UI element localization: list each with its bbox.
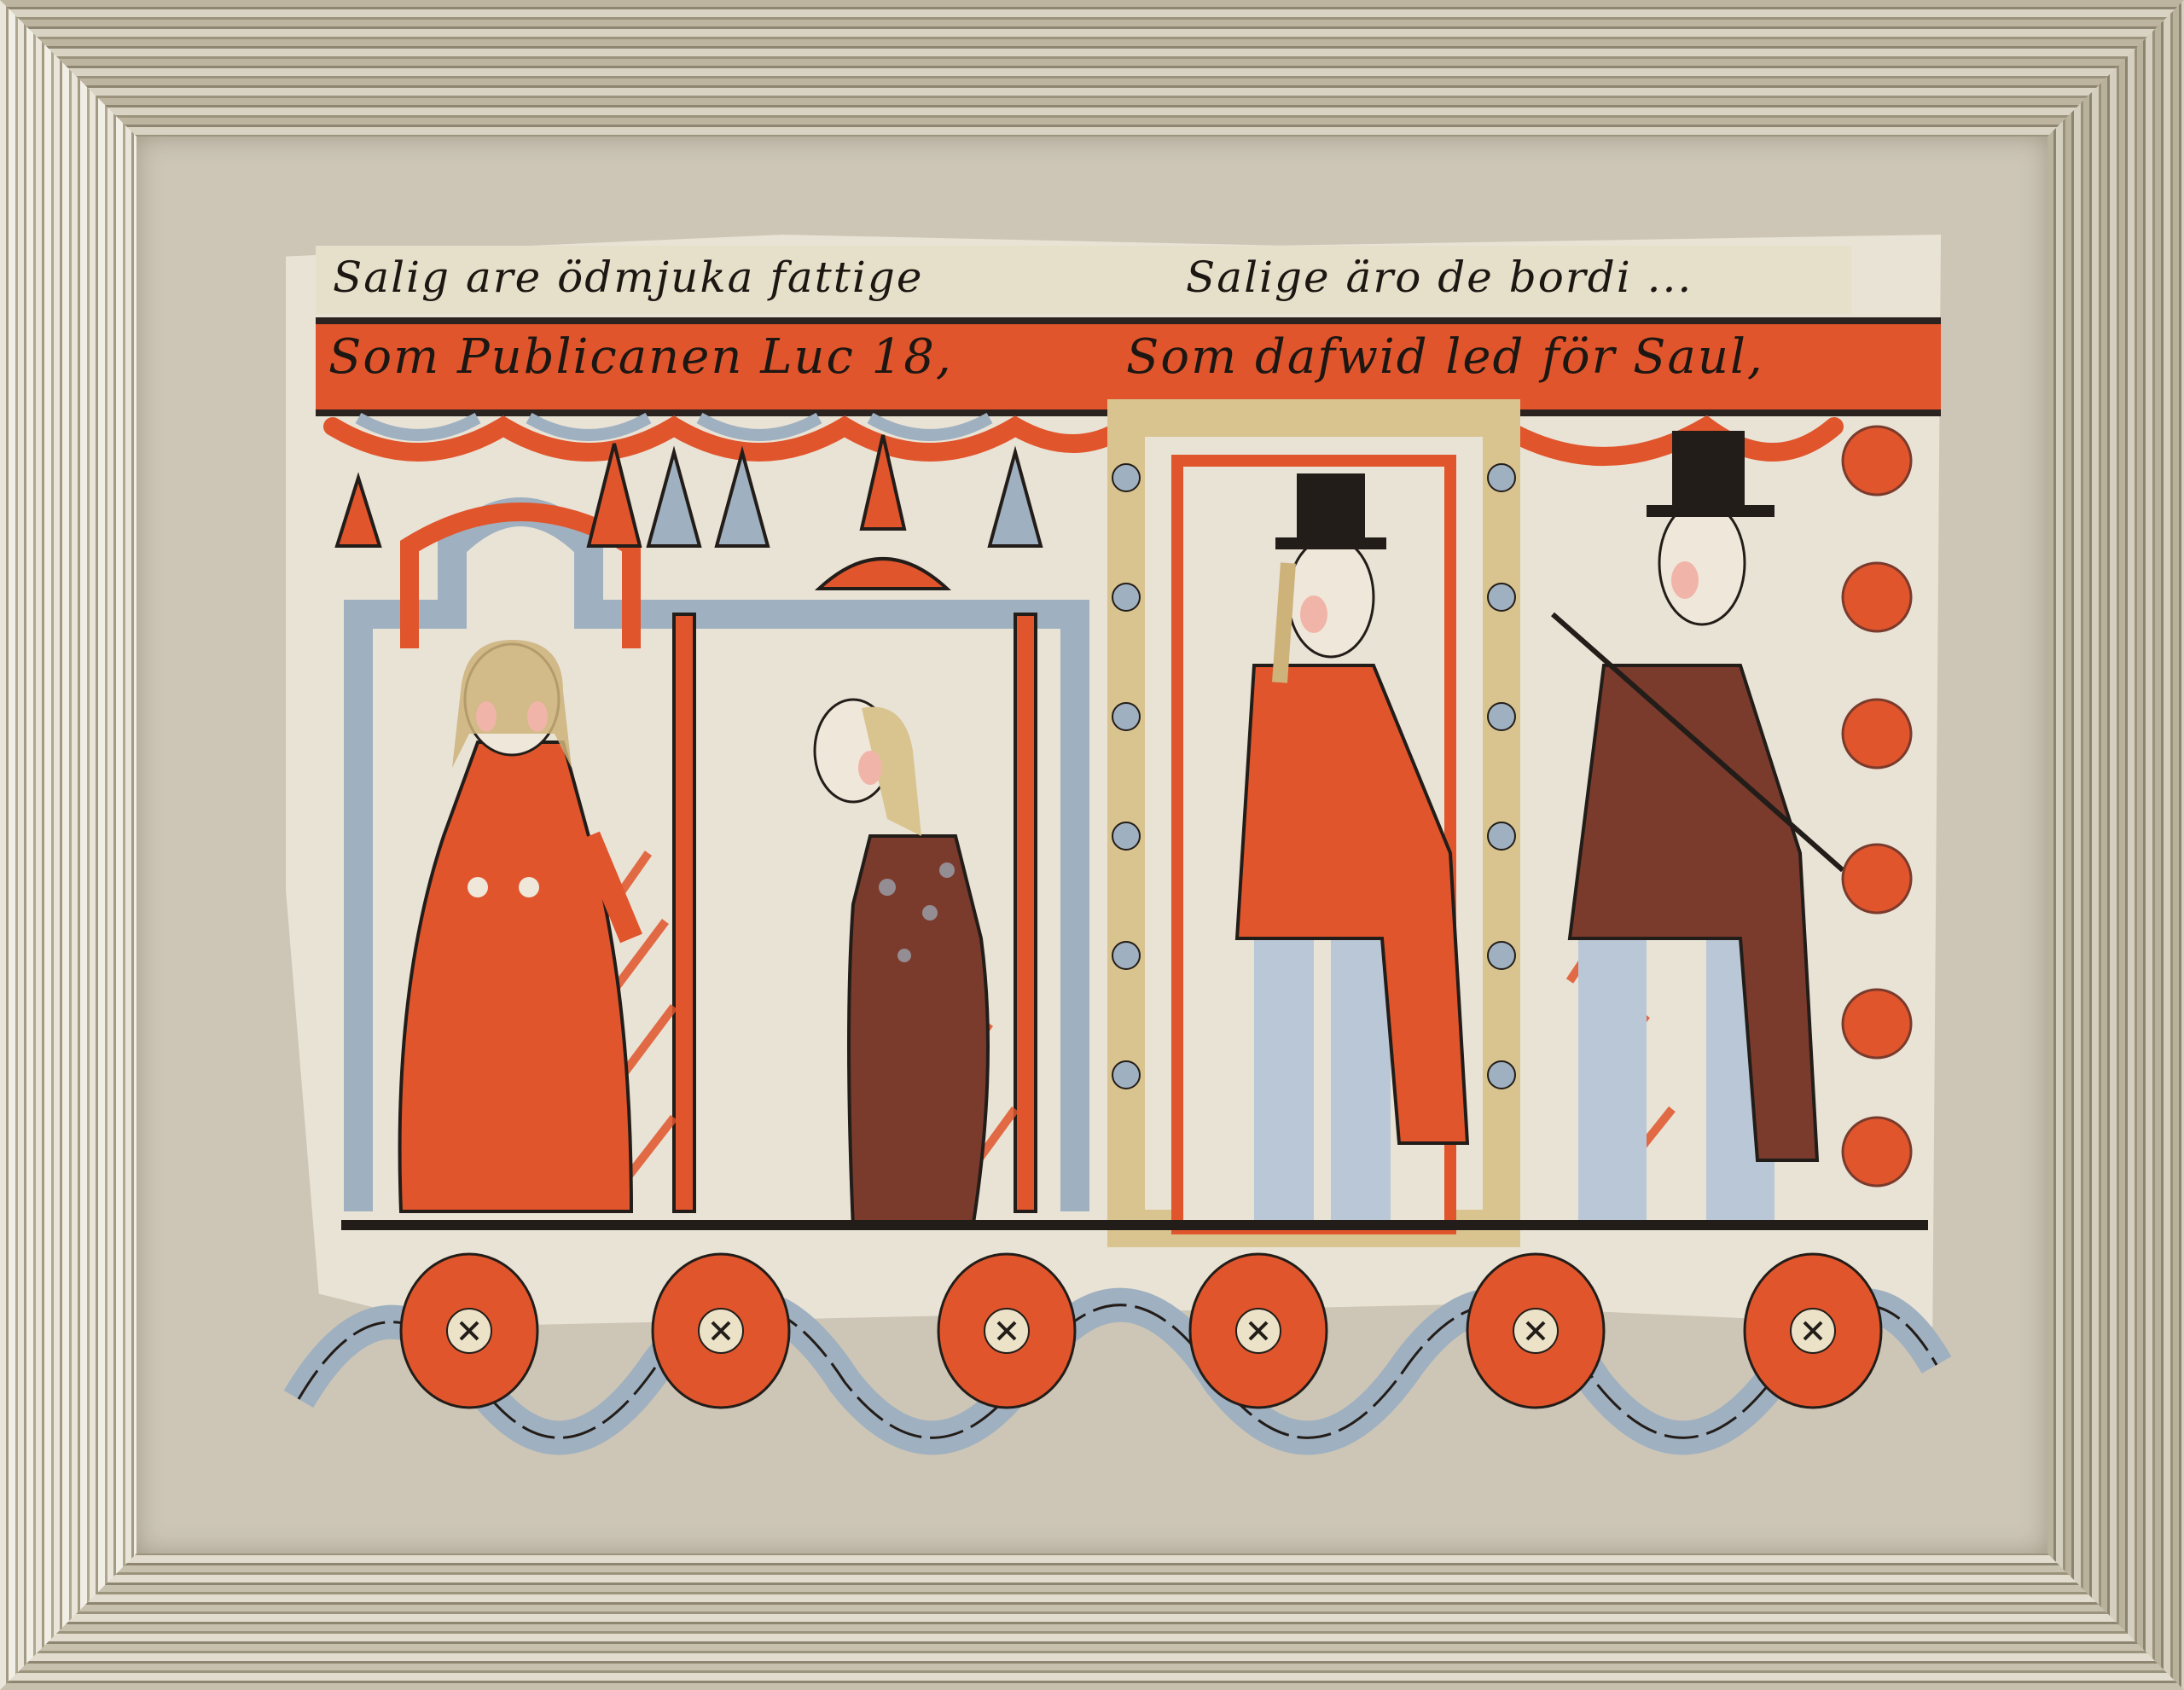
- rosette-column: [1843, 427, 1911, 1186]
- bottom-vine-border: [299, 1254, 1937, 1437]
- painted-scene: [0, 0, 2184, 1690]
- figure-left-standing: [400, 640, 631, 1211]
- figure-saul: [1553, 431, 1843, 1220]
- floor-line: [341, 1220, 1928, 1230]
- figure-left-bowing: [815, 700, 988, 1228]
